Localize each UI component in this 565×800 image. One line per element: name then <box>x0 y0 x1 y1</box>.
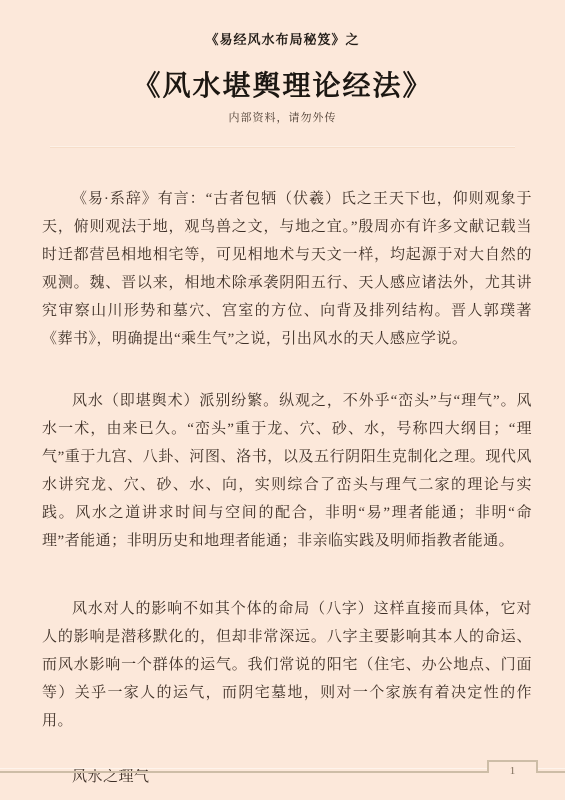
document-title: 《风水堪舆理论经法》 <box>0 69 565 103</box>
body-paragraph: 风水对人的影响不如其个体的命局（八字）这样直接而具体，它对人的影响是潜移默化的，… <box>42 595 532 735</box>
document-body: 《易·系辞》有言：“古者包牺（伏羲）氏之王天下也，仰则观象于天，俯则观法于地，观… <box>0 185 565 791</box>
footer-rule <box>0 771 565 773</box>
series-title: 《易经风水布局秘笈》之 <box>0 0 565 47</box>
document-header: 《易经风水布局秘笈》之 《风水堪舆理论经法》 内部资料，请勿外传 <box>0 0 565 148</box>
confidential-note: 内部资料，请勿外传 <box>0 112 565 125</box>
body-paragraph: 《易·系辞》有言：“古者包牺（伏羲）氏之王天下也，仰则观象于天，俯则观法于地，观… <box>42 185 532 353</box>
footer-line-highlight <box>0 768 565 769</box>
body-paragraph: 风水（即堪舆术）派别纷繁。纵观之，不外乎“峦头”与“理气”。风水一术，由来已久。… <box>42 387 532 555</box>
page-number: 1 <box>487 763 538 779</box>
header-divider <box>50 146 515 148</box>
document-page: { "document": { "header": { "series_titl… <box>0 0 565 800</box>
